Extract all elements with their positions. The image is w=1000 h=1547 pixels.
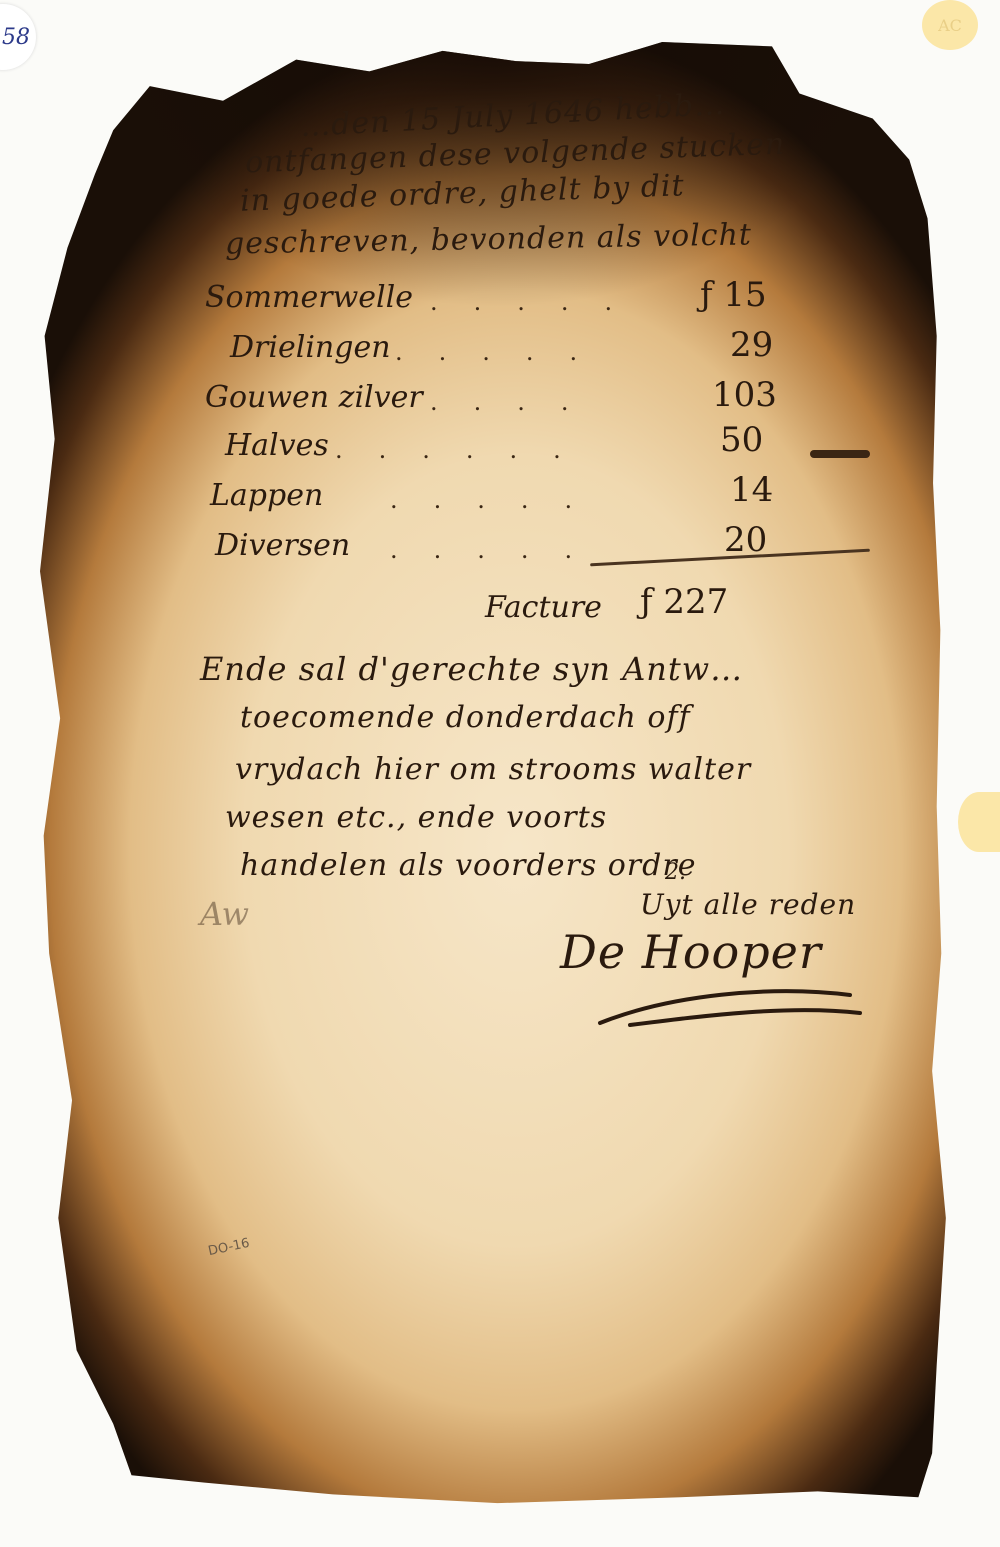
- archive-sticker-right-edge: [958, 792, 1000, 852]
- signature-flourish: [590, 975, 870, 1035]
- folio-number-sticker: 58: [0, 4, 36, 70]
- body-line-4: wesen etc., ende voorts: [225, 800, 607, 835]
- ledger-item-value: ƒ 15: [700, 275, 767, 315]
- body-line-1: Ende sal d'gerechte syn Antw…: [200, 650, 743, 688]
- ledger-total-value: ƒ 227: [640, 582, 728, 622]
- ledger-item-name: Sommerwelle: [205, 280, 413, 315]
- leader-dots: ......: [335, 436, 597, 464]
- archive-sticker-top-right: AC: [922, 0, 978, 50]
- leader-dots: ....: [430, 388, 605, 416]
- leader-dots: .....: [390, 486, 608, 514]
- ledger-item-name: Gouwen zilver: [205, 380, 423, 415]
- ledger-item-value: 50: [720, 420, 763, 460]
- ledger-item-value: 103: [712, 375, 777, 415]
- ledger-item-name: Drielingen: [230, 330, 391, 365]
- folio-number: 58: [2, 25, 30, 50]
- leader-dots: .....: [395, 338, 613, 366]
- body-line-5: handelen als voorders ordre: [240, 848, 696, 883]
- archive-sticker-text: AC: [938, 16, 962, 35]
- body-line-2: toecomende donderdach off: [240, 700, 691, 735]
- closing-phrase: Uyt alle reden: [640, 888, 856, 921]
- ledger-item-value: 14: [730, 470, 773, 510]
- ledger-total-label: Facture: [485, 590, 602, 625]
- body-line-3: vrydach hier om strooms walter: [235, 752, 751, 787]
- marginal-mark: Aw: [200, 895, 249, 933]
- closing-note: 2.: [665, 860, 686, 885]
- leader-dots: .....: [390, 536, 608, 564]
- ledger-item-name: Lappen: [210, 478, 323, 513]
- leader-dots: .....: [430, 288, 648, 316]
- ledger-item-value: 29: [730, 325, 773, 365]
- signature: De Hooper: [560, 925, 822, 979]
- ink-stroke: [810, 450, 870, 458]
- ledger-item-name: Diversen: [215, 528, 350, 563]
- ledger-item-name: Halves: [225, 428, 329, 463]
